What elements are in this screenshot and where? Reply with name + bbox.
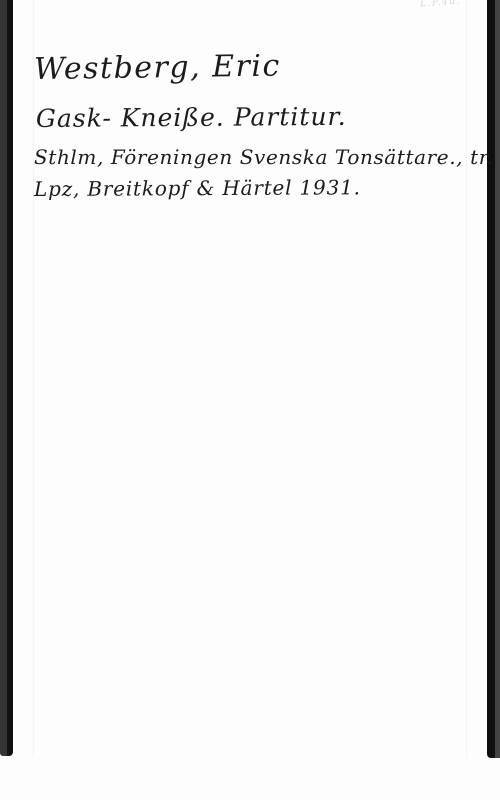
card-print-line: Lpz, Breitkopf & Härtel 1931. [34, 175, 361, 201]
scan-edge-right [487, 0, 500, 758]
scan-edge-left [0, 0, 13, 756]
card-title-line: Gask- Kneiße. Partitur. [36, 102, 347, 133]
card-crease-left [33, 0, 34, 757]
card-crease-right [466, 0, 467, 757]
card-publisher-line: Sthlm, Föreningen Svenska Tonsättare., t… [34, 145, 494, 169]
card-author-line: Westberg, Eric [34, 49, 281, 87]
scanned-card-photo: L.P.4u. Westberg, Eric Gask- Kneiße. Par… [0, 0, 500, 800]
pencil-note: L.P.4u. [420, 0, 461, 9]
